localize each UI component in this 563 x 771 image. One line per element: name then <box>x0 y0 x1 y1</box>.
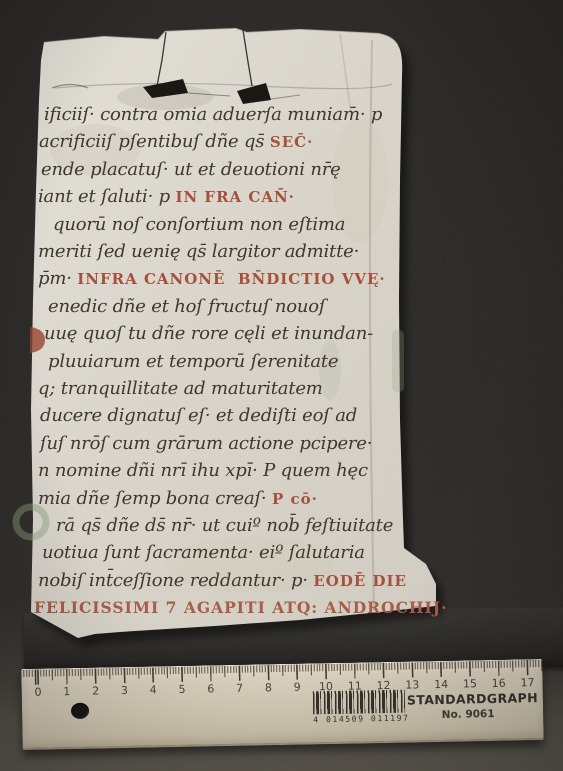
line-text: iant et ſaluti· p <box>38 186 175 207</box>
rubric-text: IN FRA CAN̄· <box>175 188 294 206</box>
rubric-text: INFRA CANONĒ BN̄DICTIO VVĘ· <box>77 270 385 288</box>
ruler: 0 1 2 3 4 5 6 7 8 9 10 11 12 13 14 15 16… <box>21 659 543 750</box>
ruler-hole <box>71 703 89 719</box>
barcode: 4 014509 011197 <box>313 690 406 726</box>
text-line: rā qs̄ dñe ds̄ nr̄· ut cuiº nob̄ feſtiui… <box>56 512 393 540</box>
manuscript-text-block: ificiiſ· contra omia aduerſa muniam̄· p … <box>0 0 563 771</box>
ruler-number: 16 <box>484 677 513 691</box>
ruler-number: 14 <box>427 678 456 692</box>
line-text: rā qs̄ dñe ds̄ nr̄· ut cuiº nob̄ feſtiui… <box>56 515 393 536</box>
line-text: nobiſ int̄ceſſione reddantur· p· <box>38 570 313 591</box>
model-label: No. 9061 <box>407 707 529 721</box>
text-line: uotiua ſunt ſacramenta· eiº ſalutaria <box>42 539 365 567</box>
barcode-bars <box>313 690 405 715</box>
photo-stage: ificiiſ· contra omia aduerſa muniam̄· p … <box>0 0 563 771</box>
line-text: meriti ſed uenię qs̄ largitor admitte· <box>38 241 359 262</box>
rubric-text: SEC̄· <box>270 133 313 151</box>
text-line: nobiſ int̄ceſſione reddantur· p· EODĒ DI… <box>38 567 407 595</box>
text-line: ificiiſ· contra omia aduerſa muniam̄· p <box>44 101 382 129</box>
line-text: mia dñe ſemp bona creaſ· <box>38 488 272 509</box>
ruler-number: 6 <box>196 682 225 696</box>
text-line: meriti ſed uenię qs̄ largitor admitte· <box>38 238 359 266</box>
ruler-number: 3 <box>110 684 139 698</box>
line-text: enedic dñe et hoſ fructuſ nouoſ <box>48 296 325 317</box>
ruler-number: 5 <box>168 683 197 697</box>
line-text: p̄m· <box>38 268 77 289</box>
text-line: mia dñe ſemp bona creaſ· P cō· <box>38 485 318 513</box>
rubric-text: FELICISSIMI 7 AGAPITI ATQ: ANDROCHIJ· <box>34 598 448 617</box>
text-line: enedic dñe et hoſ fructuſ nouoſ <box>48 293 325 321</box>
line-text: quorū noſ conſortium non eſtima <box>53 214 345 235</box>
rubric-text: EODĒ DIE <box>313 572 407 590</box>
text-line: FELICISSIMI 7 AGAPITI ATQ: ANDROCHIJ· <box>34 594 448 621</box>
line-text: q; tranquillitate ad maturitatem <box>38 378 323 399</box>
brand-label: STANDARDGRAPH <box>407 690 529 707</box>
text-line: p̄m· INFRA CANONĒ BN̄DICTIO VVĘ· <box>38 265 386 293</box>
ruler-number: 9 <box>283 680 312 694</box>
text-line: ende placatuſ· ut et deuotioni nr̄ę <box>41 156 341 184</box>
ruler-number: 17 <box>513 676 542 690</box>
text-line: quorū noſ conſortium non eſtima <box>53 211 345 239</box>
text-line: ducere dignatuſ eſ· et dediſti eoſ ad <box>40 402 357 430</box>
line-text: pluuiarum et temporū ſerenitate <box>48 351 338 372</box>
line-text: uuę quoſ tu dñe rore cęli et inundan- <box>44 323 373 344</box>
line-text: uotiua ſunt ſacramenta· eiº ſalutaria <box>42 542 365 563</box>
line-text: acrificiiſ pſentibuſ dñe qs̄ <box>39 131 270 152</box>
text-line: acrificiiſ pſentibuſ dñe qs̄ SEC̄· <box>39 128 313 156</box>
line-text: ſuſ nrōſ cum grārum actione pcipere· <box>40 433 372 454</box>
ruler-number: 15 <box>455 677 484 691</box>
text-line: uuę quoſ tu dñe rore cęli et inundan- <box>44 320 373 348</box>
text-line: n nomine dñi nrī ihu xpī· P quem hęc <box>38 457 368 485</box>
ruler-number: 0 <box>24 685 53 699</box>
barcode-digits: 4 014509 011197 <box>313 714 405 725</box>
ruler-number: 2 <box>81 684 110 698</box>
ruler-number: 4 <box>139 683 168 697</box>
line-text: n nomine dñi nrī ihu xpī· P quem hęc <box>38 460 368 481</box>
text-line: pluuiarum et temporū ſerenitate <box>48 348 338 376</box>
text-line: iant et ſaluti· p IN FRA CAN̄· <box>38 183 295 211</box>
line-text: ende placatuſ· ut et deuotioni nr̄ę <box>41 159 341 180</box>
rubric-text: P cō· <box>272 490 318 508</box>
ruler-number: 7 <box>225 682 254 696</box>
ruler-number: 1 <box>52 685 81 699</box>
ruler-number: 8 <box>254 681 283 695</box>
text-line: ſuſ nrōſ cum grārum actione pcipere· <box>40 430 372 458</box>
line-text: ificiiſ· contra omia aduerſa muniam̄· p <box>44 104 382 125</box>
ruler-brand-block: STANDARDGRAPH No. 9061 <box>407 690 530 721</box>
line-text: ducere dignatuſ eſ· et dediſti eoſ ad <box>40 405 357 426</box>
text-line: q; tranquillitate ad maturitatem <box>38 375 323 403</box>
